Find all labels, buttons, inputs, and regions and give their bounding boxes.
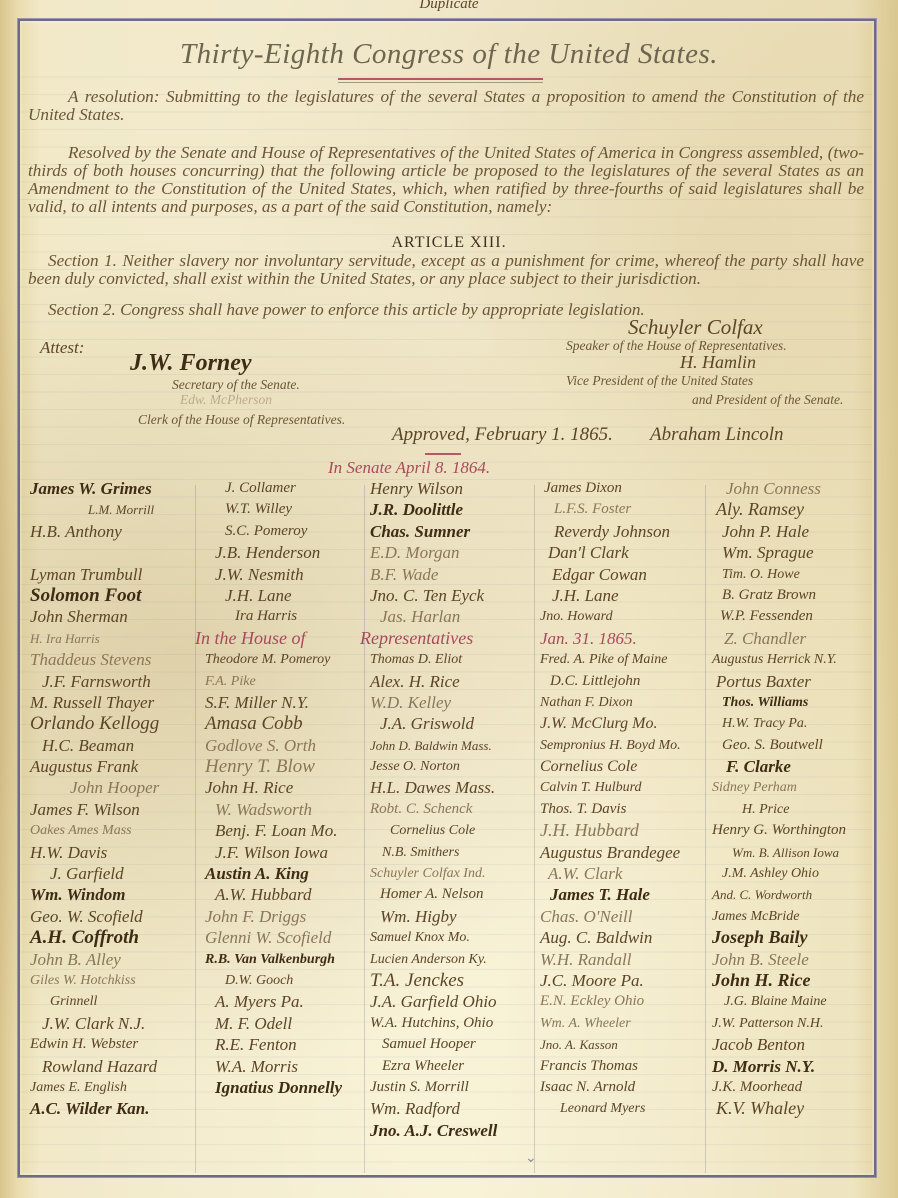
signature: Wm. A. Wheeler: [540, 1013, 710, 1034]
senate-heading: In Senate April 8. 1864.: [328, 458, 490, 478]
signature: T.A. Jenckes: [370, 970, 538, 991]
signature: Edgar Cowan: [540, 564, 710, 585]
signature: Thomas D. Eliot: [370, 649, 538, 670]
house-heading: In the House of: [195, 628, 367, 649]
signature: Sempronius H. Boyd Mo.: [540, 735, 710, 756]
signature: Schuyler Colfax Ind.: [370, 863, 538, 884]
signature: J.F. Farnsworth: [30, 671, 198, 692]
signature: A.H. Coffroth: [30, 927, 198, 948]
signature: John Sherman: [30, 606, 198, 627]
signature: M. Russell Thayer: [30, 692, 198, 713]
signature: John F. Driggs: [205, 906, 367, 927]
signature: Giles W. Hotchkiss: [30, 970, 198, 991]
signature: John Hooper: [30, 777, 198, 798]
signature: S.F. Miller N.Y.: [205, 692, 367, 713]
signature: Joseph Baily: [712, 927, 874, 948]
signature: Samuel Hooper: [370, 1034, 538, 1055]
signature: Wm. Windom: [30, 884, 198, 905]
title-underline-secondary: [338, 82, 543, 83]
signature: John Conness: [712, 478, 874, 499]
signature: H.L. Dawes Mass.: [370, 777, 538, 798]
signature: And. C. Wordworth: [712, 884, 874, 905]
signature: J. Collamer: [205, 478, 367, 499]
signature: Theodore M. Pomeroy: [205, 649, 367, 670]
signature: Justin S. Morrill: [370, 1077, 538, 1098]
signature: Sidney Perham: [712, 777, 874, 798]
signature: A.W. Hubbard: [205, 884, 367, 905]
signature: H.W. Davis: [30, 842, 198, 863]
signature: Orlando Kellogg: [30, 713, 198, 734]
signature: D.C. Littlejohn: [540, 671, 710, 692]
signature: F.A. Pike: [205, 671, 367, 692]
red-divider: [425, 453, 461, 455]
signature: J.W. Clark N.J.: [30, 1013, 198, 1034]
signature: D. Morris N.Y.: [712, 1056, 874, 1077]
signature: B. Gratz Brown: [712, 585, 874, 606]
signature: J.K. Moorhead: [712, 1077, 874, 1098]
resolved-text: Resolved by the Senate and House of Repr…: [28, 144, 864, 216]
signature: H. Price: [712, 799, 874, 820]
signature: Augustus Herrick N.Y.: [712, 649, 874, 670]
signature: S.C. Pomeroy: [205, 521, 367, 542]
signature: Reverdy Johnson: [540, 521, 710, 542]
signature: Thaddeus Stevens: [30, 649, 198, 670]
signature: J.R. Doolittle: [370, 499, 538, 520]
article-heading: ARTICLE XIII.: [0, 234, 898, 252]
signature: Geo. S. Boutwell: [712, 735, 874, 756]
signature: R.B. Van Valkenburgh: [205, 949, 367, 970]
signature: Chas. O'Neill: [540, 906, 710, 927]
signature: Samuel Knox Mo.: [370, 927, 538, 948]
signature: Lyman Trumbull: [30, 564, 198, 585]
signature: Glenni W. Scofield: [205, 927, 367, 948]
signature: Henry Wilson: [370, 478, 538, 499]
signature: John H. Rice: [712, 970, 874, 991]
signature: Jacob Benton: [712, 1034, 874, 1055]
signature: Jno. A. Kasson: [540, 1034, 710, 1055]
signature: J.G. Blaine Maine: [712, 991, 874, 1012]
signature: Portus Baxter: [712, 671, 874, 692]
signature: Homer A. Nelson: [370, 884, 538, 905]
signature: J.H. Lane: [540, 585, 710, 606]
signature: Jesse O. Norton: [370, 756, 538, 777]
signature: M. F. Odell: [205, 1013, 367, 1034]
signature: Wm. Higby: [370, 906, 538, 927]
secretary-title: Secretary of the Senate.: [172, 377, 300, 393]
signature: J.W. Nesmith: [205, 564, 367, 585]
signature-column-2: J. Collamer W.T. Willey S.C. Pomeroy J.B…: [205, 478, 367, 1098]
signature: H.B. Anthony: [30, 521, 198, 542]
signature: J.M. Ashley Ohio: [712, 863, 874, 884]
signature: Tim. O. Howe: [712, 564, 874, 585]
title-underline: [338, 78, 543, 80]
signature: W. Wadsworth: [205, 799, 367, 820]
signature: Jno. Howard: [540, 606, 710, 627]
signature: Augustus Frank: [30, 756, 198, 777]
signature: Godlove S. Orth: [205, 735, 367, 756]
signature: N.B. Smithers: [370, 842, 538, 863]
signature: Aug. C. Baldwin: [540, 927, 710, 948]
signature: J.W. Patterson N.H.: [712, 1013, 874, 1034]
signature: W.D. Kelley: [370, 692, 538, 713]
signature: J.A. Griswold: [370, 713, 538, 734]
signature-column-5: John Conness Aly. Ramsey John P. Hale Wm…: [712, 478, 874, 1120]
section-1: Section 1. Neither slavery nor involunta…: [28, 252, 864, 288]
signature: Rowland Hazard: [30, 1056, 198, 1077]
signature: Jas. Harlan: [370, 606, 538, 627]
signature: John P. Hale: [712, 521, 874, 542]
signature: John B. Alley: [30, 949, 198, 970]
signature: W.P. Fessenden: [712, 606, 874, 627]
signature: J.H. Lane: [205, 585, 367, 606]
signature: [30, 542, 198, 563]
signature: H.W. Tracy Pa.: [712, 713, 874, 734]
signature: Thos. T. Davis: [540, 799, 710, 820]
resolution-intro: A resolution: Submitting to the legislat…: [28, 88, 864, 124]
signature: Benj. F. Loan Mo.: [205, 820, 367, 841]
vp-signature: H. Hamlin: [680, 352, 756, 373]
signature: Edwin H. Webster: [30, 1034, 198, 1055]
signature: James McBride: [712, 906, 874, 927]
signature: Francis Thomas: [540, 1056, 710, 1077]
house-heading-date: Jan. 31. 1865.: [540, 628, 710, 649]
signature: Augustus Brandegee: [540, 842, 710, 863]
vp-title-continued: and President of the Senate.: [692, 392, 843, 408]
signature: Cornelius Cole: [370, 820, 538, 841]
signature: D.W. Gooch: [205, 970, 367, 991]
signature: Solomon Foot: [30, 585, 198, 606]
signature: James T. Hale: [540, 884, 710, 905]
signature: James Dixon: [540, 478, 710, 499]
clerk-title: Clerk of the House of Representatives.: [138, 412, 345, 428]
signature: Jno. C. Ten Eyck: [370, 585, 538, 606]
signature: Wm. B. Allison Iowa: [712, 842, 874, 863]
signature: J.A. Garfield Ohio: [370, 991, 538, 1012]
signature: Lucien Anderson Ky.: [370, 949, 538, 970]
signature: Geo. W. Scofield: [30, 906, 198, 927]
signature: W.A. Morris: [205, 1056, 367, 1077]
signature: A.W. Clark: [540, 863, 710, 884]
lincoln-signature: Abraham Lincoln: [650, 424, 784, 446]
signature: Isaac N. Arnold: [540, 1077, 710, 1098]
signature: Henry G. Worthington: [712, 820, 874, 841]
signature: J.C. Moore Pa.: [540, 970, 710, 991]
signature: Chas. Sumner: [370, 521, 538, 542]
vp-title: Vice President of the United States: [566, 373, 753, 389]
signature-column-3: Henry Wilson J.R. Doolittle Chas. Sumner…: [370, 478, 538, 1141]
signature: J.H. Hubbard: [540, 820, 710, 841]
document-title: Thirty-Eighth Congress of the United Sta…: [0, 38, 898, 71]
signature: Ignatius Donnelly: [205, 1077, 367, 1098]
signature: L.F.S. Foster: [540, 499, 710, 520]
signature: Amasa Cobb: [205, 713, 367, 734]
signature: Calvin T. Hulburd: [540, 777, 710, 798]
signature: K.V. Whaley: [712, 1098, 874, 1119]
signature: R.E. Fenton: [205, 1034, 367, 1055]
duplicate-annotation: Duplicate: [0, 0, 898, 13]
signature: James F. Wilson: [30, 799, 198, 820]
signature: Nathan F. Dixon: [540, 692, 710, 713]
signature: Dan'l Clark: [540, 542, 710, 563]
signature: W.T. Willey: [205, 499, 367, 520]
clerk-signature: Edw. McPherson: [180, 392, 272, 408]
signature: Wm. Radford: [370, 1098, 538, 1119]
signature: E.D. Morgan: [370, 542, 538, 563]
signature-column-1: James W. Grimes L.M. Morrill H.B. Anthon…: [30, 478, 198, 1120]
signature: H. Ira Harris: [30, 628, 198, 649]
signature: A.C. Wilder Kan.: [30, 1098, 198, 1119]
signature: John B. Steele: [712, 949, 874, 970]
signature: Ezra Wheeler: [370, 1056, 538, 1077]
house-heading-continued: Representatives: [360, 628, 538, 649]
signature: James W. Grimes: [30, 478, 198, 499]
signature-column-4: James Dixon L.F.S. Foster Reverdy Johnso…: [540, 478, 710, 1120]
signature: J.B. Henderson: [205, 542, 367, 563]
signature: H.C. Beaman: [30, 735, 198, 756]
signature: F. Clarke: [712, 756, 874, 777]
signature: A. Myers Pa.: [205, 991, 367, 1012]
approval-text: Approved, February 1. 1865.: [392, 424, 613, 446]
attest-label: Attest:: [40, 338, 84, 358]
signature: Aly. Ramsey: [712, 499, 874, 520]
secretary-signature: J.W. Forney: [130, 350, 252, 377]
signature: Leonard Myers: [540, 1098, 710, 1119]
signature: E.N. Eckley Ohio: [540, 991, 710, 1012]
signature: W.A. Hutchins, Ohio: [370, 1013, 538, 1034]
signature: Cornelius Cole: [540, 756, 710, 777]
signature: B.F. Wade: [370, 564, 538, 585]
signature: John H. Rice: [205, 777, 367, 798]
signature: Fred. A. Pike of Maine: [540, 649, 710, 670]
signature: James E. English: [30, 1077, 198, 1098]
signature: Wm. Sprague: [712, 542, 874, 563]
signature: J.W. McClurg Mo.: [540, 713, 710, 734]
signature: Jno. A.J. Creswell: [370, 1120, 538, 1141]
signature: L.M. Morrill: [30, 499, 198, 520]
paper-mark: ⌄: [525, 1150, 537, 1166]
signature: Alex. H. Rice: [370, 671, 538, 692]
signature: Grinnell: [30, 991, 198, 1012]
signature: Oakes Ames Mass: [30, 820, 198, 841]
signature: Austin A. King: [205, 863, 367, 884]
signature: Ira Harris: [205, 606, 367, 627]
signature: J.F. Wilson Iowa: [205, 842, 367, 863]
speaker-signature: Schuyler Colfax: [628, 315, 763, 340]
signature: Henry T. Blow: [205, 756, 367, 777]
signature: J. Garfield: [30, 863, 198, 884]
signature: Thos. Williams: [712, 692, 874, 713]
signature: John D. Baldwin Mass.: [370, 735, 538, 756]
signature: Z. Chandler: [712, 628, 874, 649]
signature: W.H. Randall: [540, 949, 710, 970]
signature: Robt. C. Schenck: [370, 799, 538, 820]
